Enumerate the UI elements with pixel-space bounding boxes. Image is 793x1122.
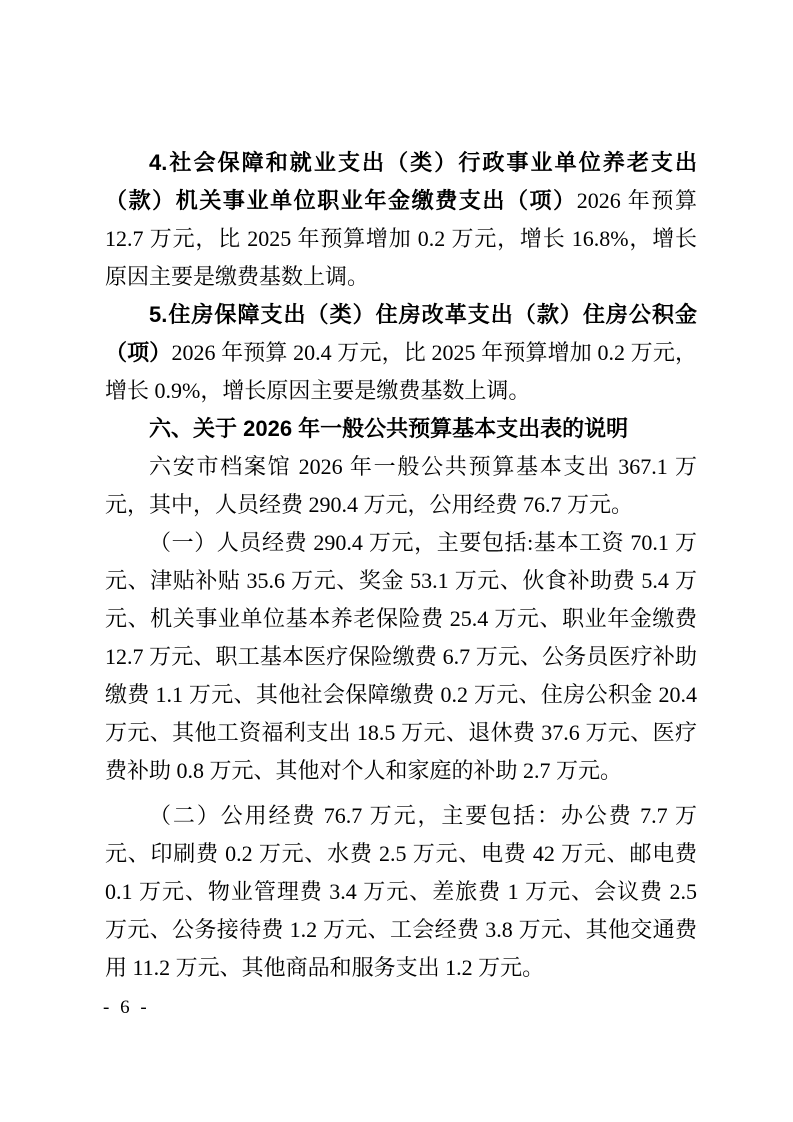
paragraph-lead-bold: 六、关于 2026 年一般公共预算基本支出表的说明 [149, 416, 628, 441]
paragraph-text: （一）人员经费 290.4 万元，主要包括:基本工资 70.1 万元、津贴补贴 … [105, 530, 697, 783]
document-page: 4.社会保障和就业支出（类）行政事业单位养老支出（款）机关事业单位职业年金缴费支… [0, 0, 793, 1122]
paragraph: （一）人员经费 290.4 万元，主要包括:基本工资 70.1 万元、津贴补贴 … [105, 524, 697, 790]
paragraph-text: 六安市档案馆 2026 年一般公共预算基本支出 367.1 万元，其中，人员经费… [105, 454, 697, 517]
paragraph-text: 2026 年预算 20.4 万元，比 2025 年预算增加 0.2 万元，增长 … [105, 340, 697, 403]
page-number: - 6 - [103, 997, 150, 1019]
document-body: 4.社会保障和就业支出（类）行政事业单位养老支出（款）机关事业单位职业年金缴费支… [105, 144, 697, 987]
paragraph: 4.社会保障和就业支出（类）行政事业单位养老支出（款）机关事业单位职业年金缴费支… [105, 144, 697, 296]
paragraph: 5.住房保障支出（类）住房改革支出（款）住房公积金（项）2026 年预算 20.… [105, 296, 697, 410]
section-heading: 六、关于 2026 年一般公共预算基本支出表的说明 [105, 410, 697, 448]
paragraph: 六安市档案馆 2026 年一般公共预算基本支出 367.1 万元，其中，人员经费… [105, 448, 697, 524]
paragraph-text: （二）公用经费 76.7 万元，主要包括：办公费 7.7 万元、印刷费 0.2 … [105, 803, 697, 980]
paragraph: （二）公用经费 76.7 万元，主要包括：办公费 7.7 万元、印刷费 0.2 … [105, 797, 697, 987]
